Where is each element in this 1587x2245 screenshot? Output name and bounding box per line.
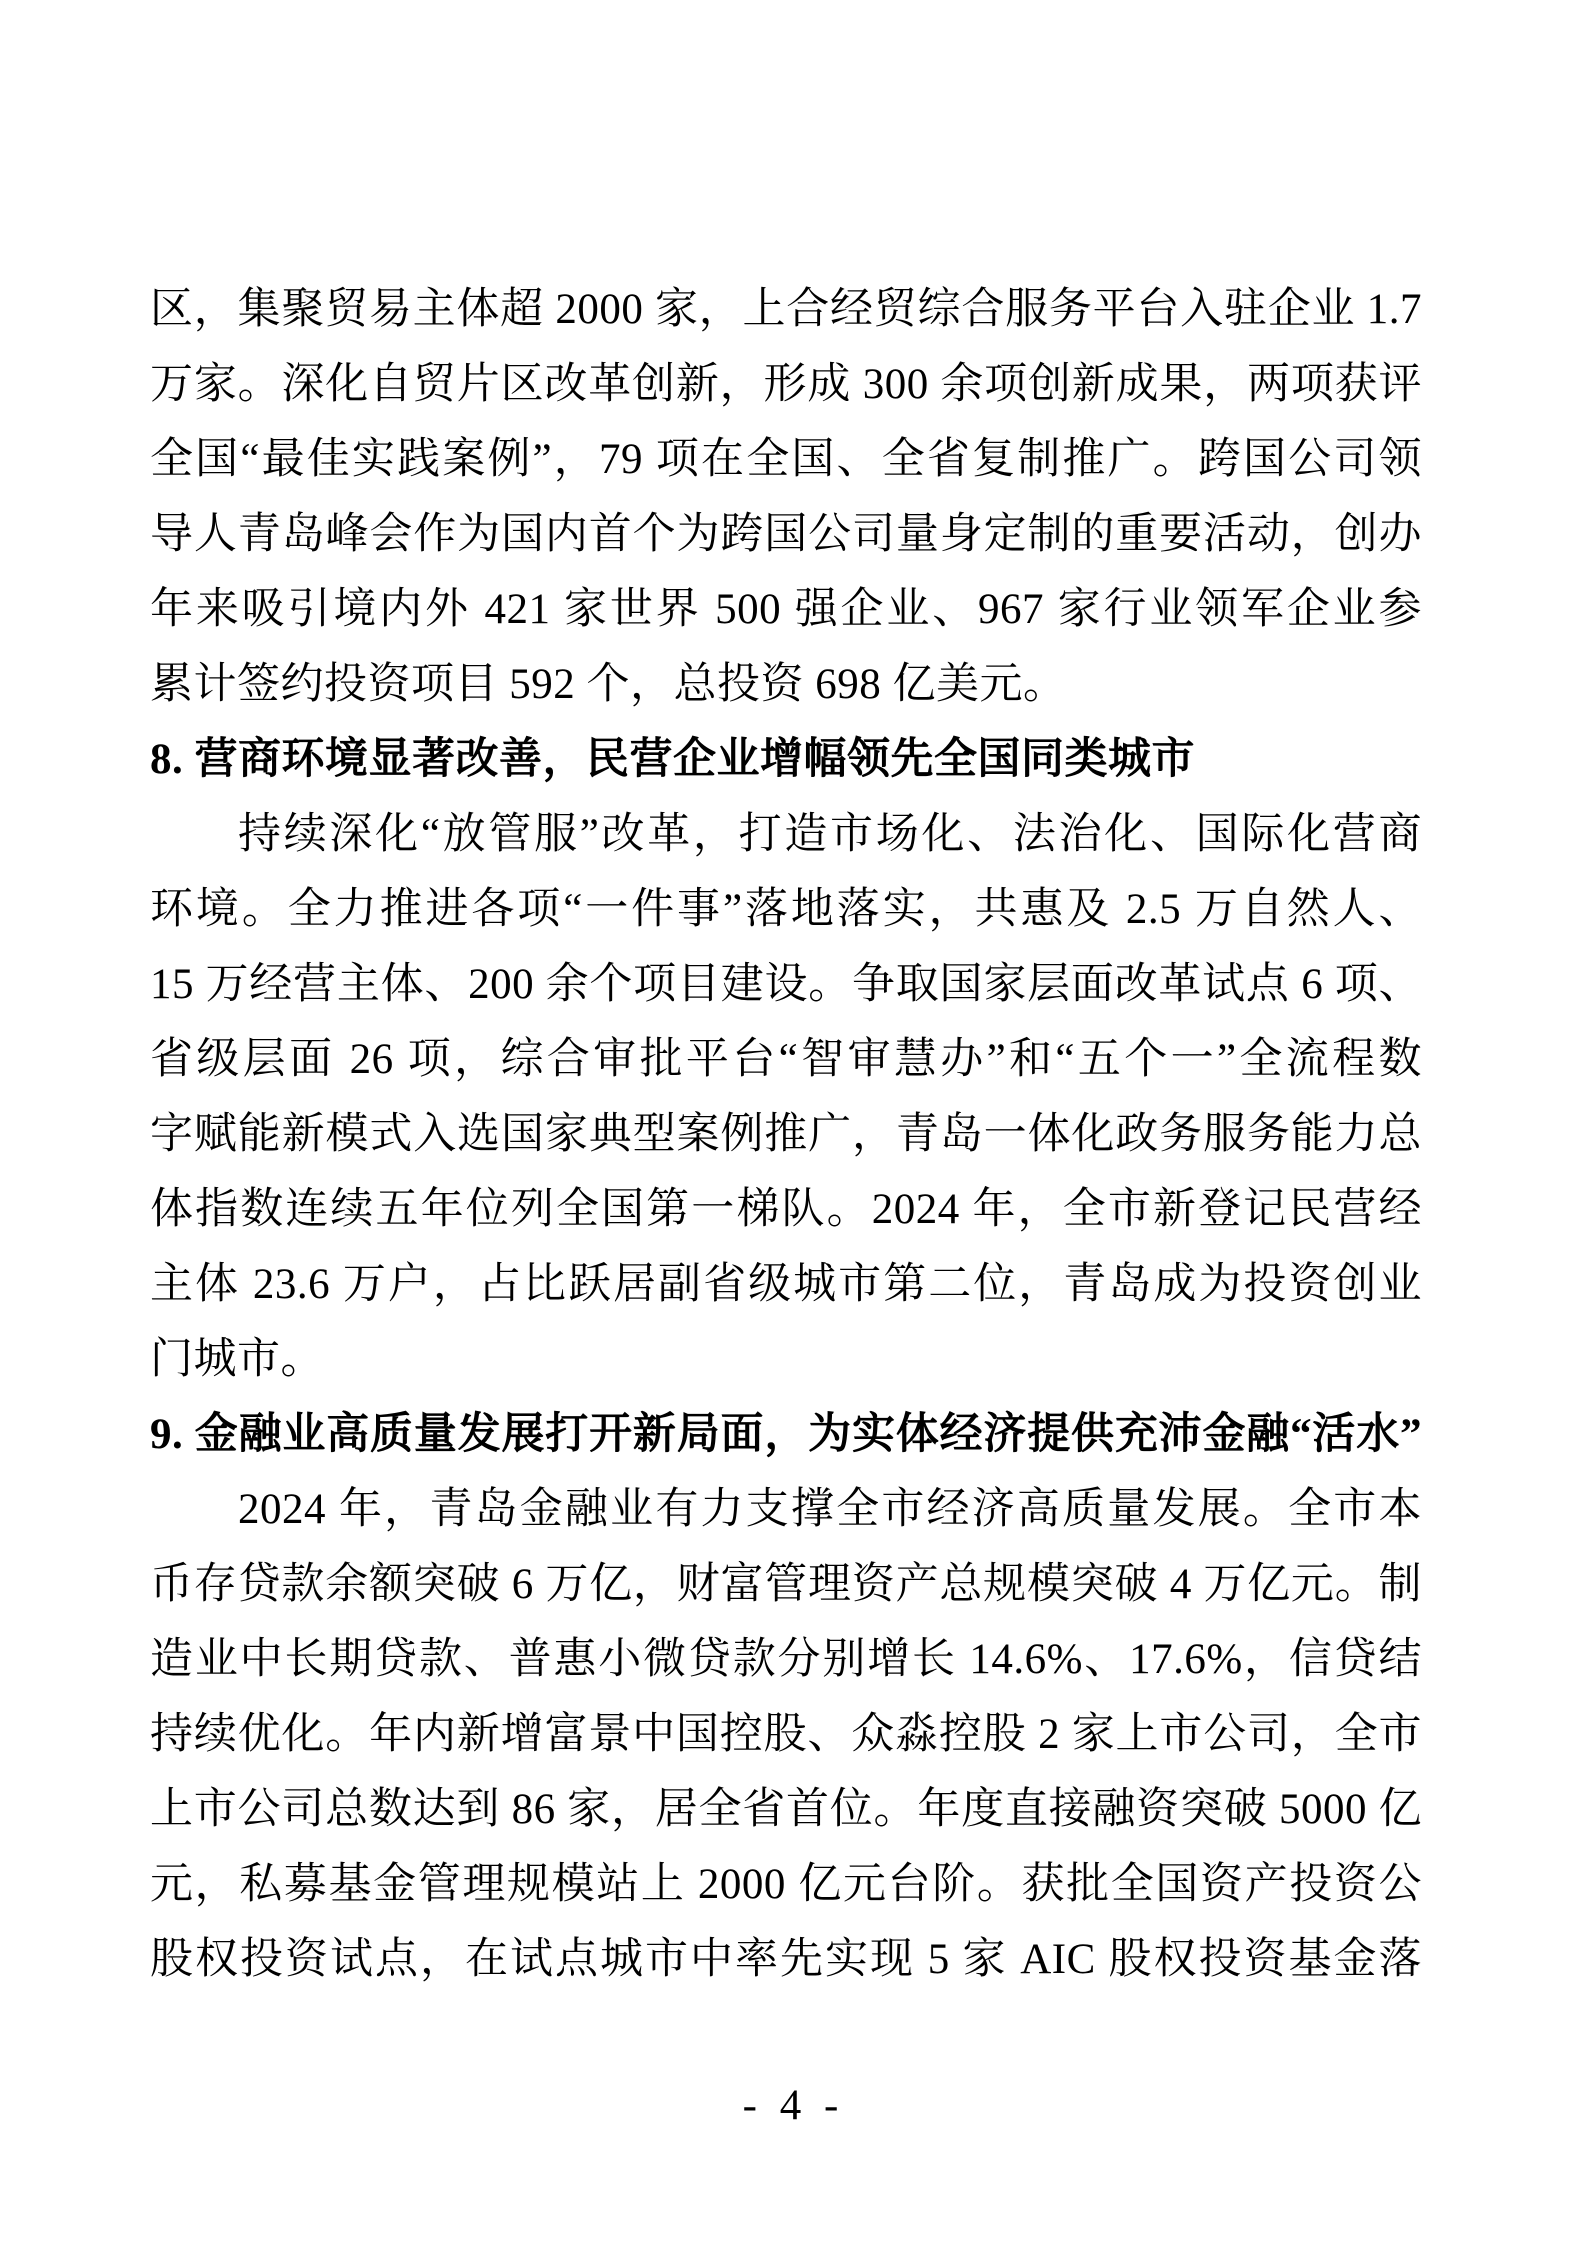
body-line: 体指数连续五年位列全国第一梯队。2024 年，全市新登记民营经营: [150, 1172, 1422, 1247]
body-line: 持续深化“放管服”改革，打造市场化、法治化、国际化营商: [150, 797, 1422, 872]
body-line: 全国“最佳实践案例”，79 项在全国、全省复制推广。跨国公司领: [150, 422, 1422, 497]
body-line: 年来吸引境内外 421 家世界 500 强企业、967 家行业领军企业参会。: [150, 572, 1422, 647]
body-line: 股权投资试点，在试点城市中率先实现 5 家 AIC 股权投资基金落地: [150, 1922, 1422, 1997]
body-line: 主体 23.6 万户，占比跃居副省级城市第二位，青岛成为投资创业热: [150, 1247, 1422, 1322]
body-line: 门城市。: [150, 1322, 1422, 1397]
body-line: 区，集聚贸易主体超 2000 家，上合经贸综合服务平台入驻企业 1.7: [150, 272, 1422, 347]
document-page: 区，集聚贸易主体超 2000 家，上合经贸综合服务平台入驻企业 1.7 万家。深…: [0, 0, 1587, 2245]
body-line: 2024 年，青岛金融业有力支撑全市经济高质量发展。全市本外: [150, 1472, 1422, 1547]
page-number: - 4 -: [0, 2083, 1587, 2128]
body-line: 元，私募基金管理规模站上 2000 亿元台阶。获批全国资产投资公司: [150, 1847, 1422, 1922]
body-line: 环境。全力推进各项“一件事”落地落实，共惠及 2.5 万自然人、: [150, 872, 1422, 947]
body-line: 造业中长期贷款、普惠小微贷款分别增长 14.6%、17.6%，信贷结构: [150, 1622, 1422, 1697]
document-body: 区，集聚贸易主体超 2000 家，上合经贸综合服务平台入驻企业 1.7 万家。深…: [150, 272, 1422, 1997]
section-heading-9: 9. 金融业高质量发展打开新局面，为实体经济提供充沛金融“活水”: [150, 1397, 1422, 1472]
body-line: 导人青岛峰会作为国内首个为跨国公司量身定制的重要活动，创办 5: [150, 497, 1422, 572]
body-line: 持续优化。年内新增富景中国控股、众淼控股 2 家上市公司，全市: [150, 1697, 1422, 1772]
body-line: 字赋能新模式入选国家典型案例推广，青岛一体化政务服务能力总: [150, 1097, 1422, 1172]
body-line: 累计签约投资项目 592 个，总投资 698 亿美元。: [150, 647, 1422, 722]
body-line: 上市公司总数达到 86 家，居全省首位。年度直接融资突破 5000 亿: [150, 1772, 1422, 1847]
body-line: 省级层面 26 项，综合审批平台“智审慧办”和“五个一”全流程数: [150, 1022, 1422, 1097]
body-line: 万家。深化自贸片区改革创新，形成 300 余项创新成果，两项获评: [150, 347, 1422, 422]
body-line: 币存贷款余额突破 6 万亿，财富管理资产总规模突破 4 万亿元。制: [150, 1547, 1422, 1622]
body-line: 15 万经营主体、200 余个项目建设。争取国家层面改革试点 6 项、: [150, 947, 1422, 1022]
section-heading-8: 8. 营商环境显著改善，民营企业增幅领先全国同类城市: [150, 722, 1422, 797]
